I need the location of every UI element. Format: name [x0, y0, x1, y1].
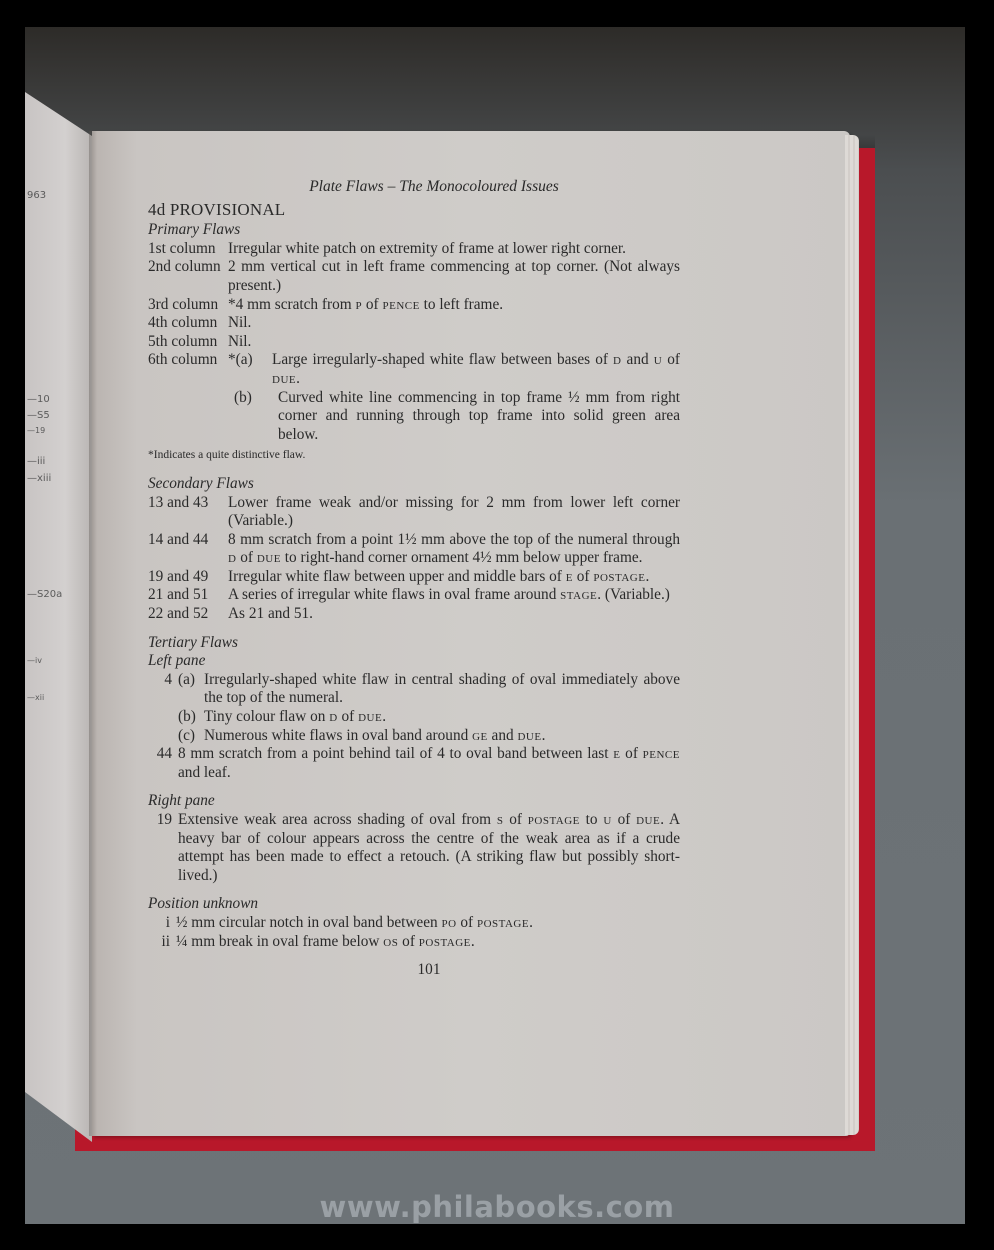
flaw-position-label: 4 [148, 671, 178, 708]
flaw-row: 13 and 43Lower frame weak and/or missing… [148, 494, 680, 531]
flaw-description: 2 mm vertical cut in left frame commenci… [228, 258, 680, 295]
flaw-description: Nil. [228, 314, 680, 333]
subitem-marker: (b) [228, 389, 278, 445]
left-page-fragment: 963 [27, 190, 46, 201]
flaw-row: 22 and 52As 21 and 51. [148, 605, 680, 624]
tertiary-flaws-heading: Tertiary Flaws [148, 634, 680, 653]
flaw-description: *(a)Large irregularly-shaped white flaw … [228, 351, 680, 444]
flaw-position-label: 13 and 43 [148, 494, 228, 531]
subitem-marker: (a) [178, 671, 204, 708]
position-unknown-list: i½ mm circular notch in oval band betwee… [148, 914, 680, 951]
left-page-fragment: —10 [27, 394, 50, 405]
flaw-row: 19Extensive weak area across shading of … [148, 811, 680, 885]
flaw-row: 14 and 448 mm scratch from a point 1½ mm… [148, 531, 680, 568]
flaw-row: 2nd column2 mm vertical cut in left fram… [148, 258, 680, 295]
flaw-position-label: 21 and 51 [148, 586, 228, 605]
flaw-description: 8 mm scratch from a point behind tail of… [178, 745, 680, 782]
secondary-flaws-list: 13 and 43Lower frame weak and/or missing… [148, 494, 680, 624]
flaw-description: *4 mm scratch from P of PENCE to left fr… [228, 296, 680, 315]
flaw-row: 3rd column*4 mm scratch from P of PENCE … [148, 296, 680, 315]
flaw-row: 21 and 51A series of irregular white fla… [148, 586, 680, 605]
flaw-row: 1st columnIrregular white patch on extre… [148, 240, 680, 259]
flaw-description: Irregular white flaw between upper and m… [228, 568, 680, 587]
flaw-position-label: 44 [148, 745, 178, 782]
primary-flaws-list: 1st columnIrregular white patch on extre… [148, 240, 680, 445]
subitem-description: Curved white line commencing in top fram… [278, 389, 680, 445]
flaw-position-label: 5th column [148, 333, 228, 352]
flaw-description: Lower frame weak and/or missing for 2 mm… [228, 494, 680, 531]
flaw-description: Irregular white patch on extremity of fr… [228, 240, 680, 259]
flaw-position-label: 2nd column [148, 258, 228, 295]
primary-flaws-heading: Primary Flaws [148, 221, 680, 240]
left-page: 963 —10 —S5 —19 —iii —xiii —S20a —iv —xi… [25, 92, 92, 1142]
flaw-row: 4(a)Irregularly-shaped white flaw in cen… [148, 671, 680, 708]
right-pane-heading: Right pane [148, 792, 680, 811]
flaw-row: 4th columnNil. [148, 314, 680, 333]
section-title: 4d PROVISIONAL [148, 201, 680, 220]
left-page-fragment: —S5 [27, 410, 50, 421]
right-pane-list: 19Extensive weak area across shading of … [148, 811, 680, 885]
flaw-description: As 21 and 51. [228, 605, 680, 624]
subitem-marker: (b) [178, 708, 204, 727]
flaw-description: 8 mm scratch from a point 1½ mm above th… [228, 531, 680, 568]
page-edges [845, 135, 859, 1135]
flaw-position-label [148, 708, 178, 727]
flaw-description: Nil. [228, 333, 680, 352]
flaw-subitem: (b)Curved white line commencing in top f… [228, 389, 680, 445]
page-number: 101 [148, 961, 680, 980]
flaw-position-label: ii [148, 933, 176, 952]
flaw-row: 448 mm scratch from a point behind tail … [148, 745, 680, 782]
flaw-position-label: 1st column [148, 240, 228, 259]
subitem-description: Large irregularly-shaped white flaw betw… [272, 351, 680, 388]
flaw-position-label: i [148, 914, 176, 933]
flaw-description: Extensive weak area across shading of ov… [178, 811, 680, 885]
flaw-row: i½ mm circular notch in oval band betwee… [148, 914, 680, 933]
flaw-description: Irregularly-shaped white flaw in central… [204, 671, 680, 708]
flaw-position-label [148, 727, 178, 746]
watermark: www.philabooks.com [0, 1190, 994, 1224]
flaw-row: (b)Tiny colour flaw on D of DUE. [148, 708, 680, 727]
left-pane-heading: Left pane [148, 652, 680, 671]
left-page-fragment: —xiii [27, 473, 51, 484]
footnote: *Indicates a quite distinctive flaw. [148, 446, 680, 465]
left-pane-list: 4(a)Irregularly-shaped white flaw in cen… [148, 671, 680, 783]
flaw-description: ½ mm circular notch in oval band between… [176, 914, 680, 933]
left-page-fragment: —S20a [27, 589, 62, 600]
flaw-description: Tiny colour flaw on D of DUE. [204, 708, 680, 727]
left-page-fragment: —iii [27, 456, 45, 467]
left-page-fragment: —iv [27, 656, 42, 665]
flaw-row: (c)Numerous white flaws in oval band aro… [148, 727, 680, 746]
flaw-row: ii¼ mm break in oval frame below OS of P… [148, 933, 680, 952]
secondary-flaws-heading: Secondary Flaws [148, 475, 680, 494]
flaw-position-label: 19 [148, 811, 178, 885]
flaw-position-label: 22 and 52 [148, 605, 228, 624]
gutter-shadow [89, 131, 97, 1136]
page-text: Plate Flaws – The Monocoloured Issues 4d… [148, 178, 680, 980]
flaw-position-label: 3rd column [148, 296, 228, 315]
subitem-marker: *(a) [228, 351, 272, 388]
flaw-row: 5th columnNil. [148, 333, 680, 352]
flaw-description: A series of irregular white flaws in ova… [228, 586, 680, 605]
position-unknown-heading: Position unknown [148, 895, 680, 914]
flaw-position-label: 6th column [148, 351, 228, 444]
flaw-description: Numerous white flaws in oval band around… [204, 727, 680, 746]
flaw-row: 6th column*(a)Large irregularly-shaped w… [148, 351, 680, 444]
flaw-position-label: 19 and 49 [148, 568, 228, 587]
flaw-description: ¼ mm break in oval frame below OS of POS… [176, 933, 680, 952]
flaw-position-label: 14 and 44 [148, 531, 228, 568]
left-page-fragment: —19 [27, 426, 45, 435]
left-page-fragment: —xii [27, 693, 44, 702]
flaw-row: 19 and 49Irregular white flaw between up… [148, 568, 680, 587]
flaw-subitem: *(a)Large irregularly-shaped white flaw … [228, 351, 680, 388]
flaw-position-label: 4th column [148, 314, 228, 333]
subitem-marker: (c) [178, 727, 204, 746]
running-head: Plate Flaws – The Monocoloured Issues [148, 178, 680, 197]
